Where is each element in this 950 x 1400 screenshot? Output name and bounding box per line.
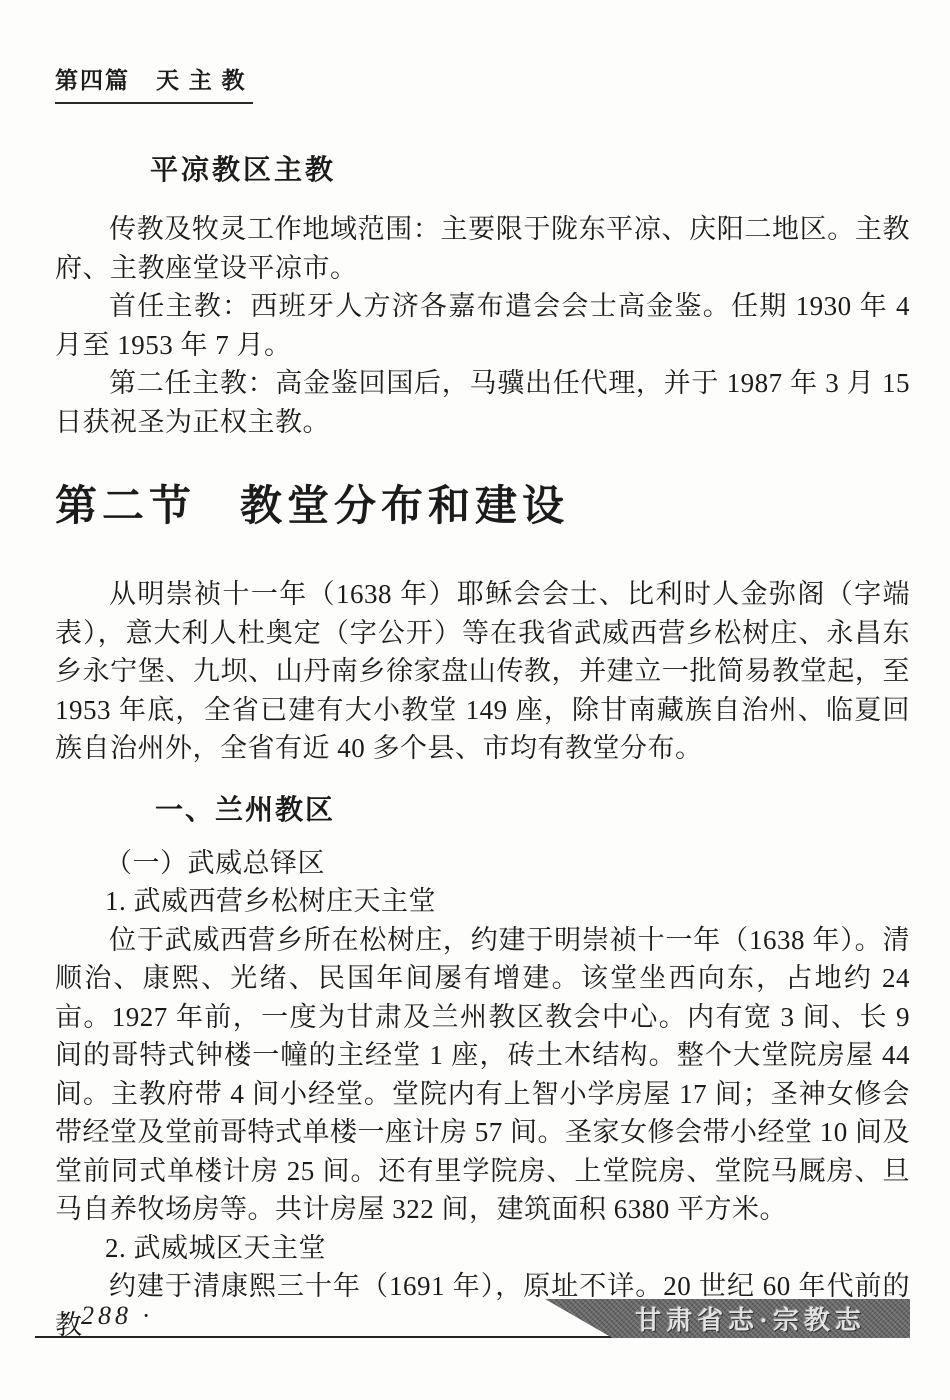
- section-heading: 第二节教堂分布和建设: [55, 481, 910, 533]
- running-header-part-title: 天 主 教: [156, 68, 247, 93]
- subheading-lanzhou-diocese: 一、兰州教区: [155, 788, 910, 828]
- item-title-songshuzhuang-church: 1. 武威西营乡松树庄天主堂: [105, 882, 910, 921]
- page-content: 第四篇天 主 教 平凉教区主教 传教及牧灵工作地域范围：主要限于陇东平凉、庆阳二…: [0, 62, 950, 1344]
- footer-banner-title: 甘肃省志·宗教志: [589, 1300, 866, 1337]
- section-title: 教堂分布和建设: [240, 484, 569, 530]
- running-header-text: 第四篇天 主 教: [55, 62, 253, 104]
- footer-rule: [35, 1336, 615, 1338]
- scanned-book-page: 第四篇天 主 教 平凉教区主教 传教及牧灵工作地域范围：主要限于陇东平凉、庆阳二…: [0, 0, 950, 1400]
- section-number: 第二节: [55, 484, 196, 530]
- paragraph-section-intro: 从明崇祯十一年（1638 年）耶稣会会士、比利时人金弥阁（字端表），意大利人杜奥…: [55, 575, 910, 768]
- running-header: 第四篇天 主 教: [55, 62, 910, 104]
- paragraph-mission-scope: 传教及牧灵工作地域范围：主要限于陇东平凉、庆阳二地区。主教府、主教座堂设平凉市。: [55, 210, 910, 287]
- paragraph-first-bishop: 首任主教：西班牙人方济各嘉布遣会会士高金鉴。任期 1930 年 4 月至 195…: [55, 287, 910, 364]
- paragraph-second-bishop: 第二任主教：高金鉴回国后，马骥出任代理，并于 1987 年 3 月 15 日获祝…: [55, 364, 910, 441]
- running-header-part-number: 第四篇: [55, 68, 130, 93]
- paragraph-songshuzhuang-church: 位于武威西营乡所在松树庄，约建于明崇祯十一年（1638 年）。清顺治、康熙、光绪…: [55, 921, 910, 1229]
- item-title-wuwei-city-church: 2. 武威城区天主堂: [105, 1229, 910, 1268]
- subheading-pingliang-bishop: 平凉教区主教: [150, 148, 910, 188]
- page-number: · 288 ·: [60, 1301, 153, 1331]
- subregion-wuwei-deanery: （一）武威总铎区: [105, 844, 910, 883]
